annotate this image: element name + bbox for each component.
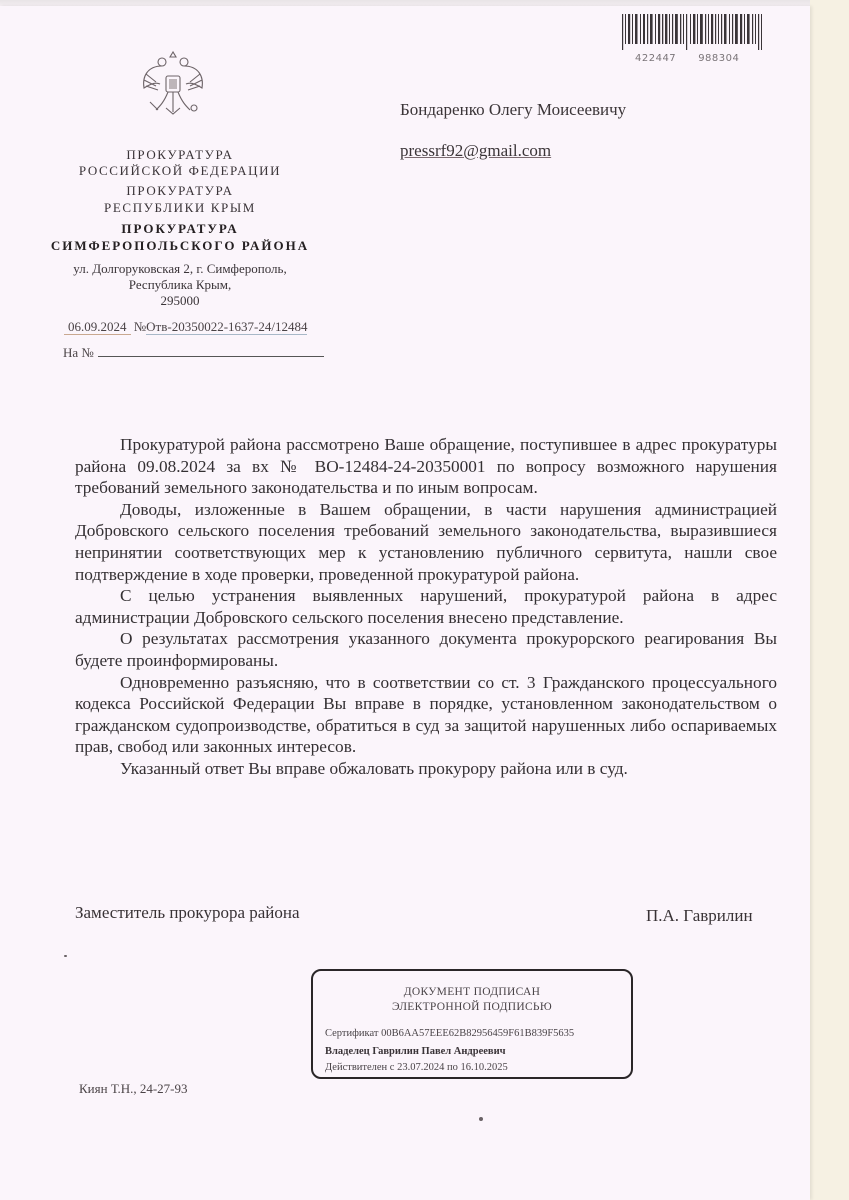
recipient-name: Бондаренко Олегу Моисеевичу — [400, 100, 626, 120]
outgoing-registration: 06.09.2024 №Отв-20350022-1637-24/12484 — [64, 319, 307, 335]
stamp-title-line-1: ДОКУМЕНТ ПОДПИСАН — [313, 985, 631, 1000]
number-sign: № — [134, 319, 146, 334]
org-line-russian-federation: РОССИЙСКОЙ ФЕДЕРАЦИИ — [40, 162, 320, 179]
recipient-email: pressrf92@gmail.com — [400, 141, 551, 161]
reply-to-label: На № — [63, 345, 94, 360]
body-paragraph: Доводы, изложенные в Вашем обращении, в … — [75, 499, 777, 585]
org-line-republic-crimea: РЕСПУБЛИКИ КРЫМ — [40, 199, 320, 216]
letter-body: Прокуратурой района рассмотрено Ваше обр… — [75, 434, 777, 780]
stamp-certificate: Сертификат 00B6AA57EEE62B82956459F61B839… — [325, 1028, 574, 1039]
body-paragraph: О результатах рассмотрения указанного до… — [75, 628, 777, 671]
body-paragraph: Указанный ответ Вы вправе обжаловать про… — [75, 758, 777, 780]
electronic-signature-stamp: ДОКУМЕНТ ПОДПИСАН ЭЛЕКТРОННОЙ ПОДПИСЬЮ С… — [311, 969, 633, 1079]
stamp-owner: Владелец Гаврилин Павел Андреевич — [325, 1046, 506, 1057]
barcode-number: 422447988304 — [635, 53, 761, 64]
barcode-digits-right: 988304 — [698, 53, 739, 64]
reply-to-blank-line — [98, 346, 324, 357]
signer-name: П.А. Гаврилин — [646, 906, 753, 926]
barcode-digits-left: 422447 — [635, 53, 676, 64]
scan-background-strip — [810, 0, 849, 1200]
scan-speck — [479, 1117, 483, 1121]
stamp-title-line-2: ЭЛЕКТРОННОЙ ПОДПИСЬЮ — [313, 1000, 631, 1015]
address-postcode: 295000 — [40, 293, 320, 309]
executor-contact: Киян Т.Н., 24-27-93 — [79, 1081, 188, 1097]
barcode-icon — [622, 14, 772, 50]
body-paragraph: С целью устранения выявленных нарушений,… — [75, 585, 777, 628]
body-paragraph: Одновременно разъясняю, что в соответств… — [75, 672, 777, 758]
org-line-prokuratura-2: ПРОКУРАТУРА — [40, 182, 320, 199]
outgoing-date: 06.09.2024 — [64, 319, 131, 335]
body-paragraph: Прокуратурой района рассмотрено Ваше обр… — [75, 434, 777, 499]
coat-of-arms-icon — [138, 48, 208, 122]
signer-position: Заместитель прокурора района — [75, 903, 300, 923]
org-line-prokuratura: ПРОКУРАТУРА — [40, 146, 320, 163]
address-region: Республика Крым, — [40, 277, 320, 293]
org-line-prokuratura-3: ПРОКУРАТУРА — [40, 220, 320, 237]
outgoing-number: Отв-20350022-1637-24/12484 — [146, 319, 307, 335]
scan-speck — [64, 955, 67, 957]
stamp-validity: Действителен с 23.07.2024 по 16.10.2025 — [325, 1062, 508, 1073]
address-street: ул. Долгоруковская 2, г. Симферополь, — [40, 261, 320, 277]
reply-to-field: На № — [63, 345, 324, 361]
org-line-simferopol-district: СИМФЕРОПОЛЬСКОГО РАЙОНА — [40, 237, 320, 254]
